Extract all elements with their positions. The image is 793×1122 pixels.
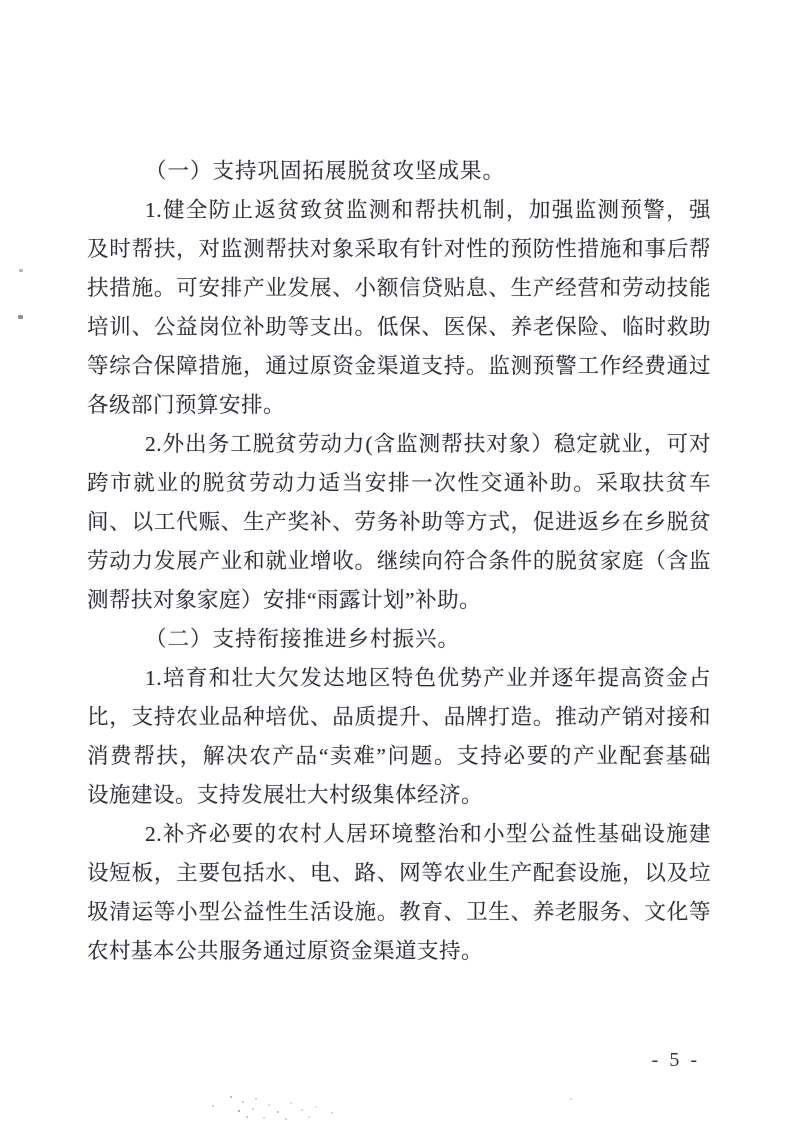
text-line: 等综合保障措施，通过原资金渠道支持。监测预警工作经费通过 [87, 347, 711, 386]
text-line: 1.培育和壮大欠发达地区特色优势产业并逐年提高资金占 [87, 659, 711, 698]
section-heading: （二）支持衔接推进乡村振兴。 [87, 620, 711, 659]
page-number: - 5 - [652, 1049, 700, 1072]
text-line: 跨市就业的脱贫劳动力适当安排一次性交通补助。采取扶贫车 [87, 464, 711, 503]
document-body: （一）支持巩固拓展脱贫攻坚成果。1.健全防止返贫致贫监测和帮扶机制，加强监测预警… [87, 152, 711, 971]
text-line: 2.补齐必要的农村人居环境整治和小型公益性基础设施建 [87, 815, 711, 854]
text-line: 设短板，主要包括水、电、路、网等农业生产配套设施，以及垃 [87, 854, 711, 893]
text-line: 劳动力发展产业和就业增收。继续向符合条件的脱贫家庭（含监 [87, 542, 711, 581]
section-heading: （一）支持巩固拓展脱贫攻坚成果。 [87, 152, 711, 191]
text-line: 及时帮扶，对监测帮扶对象采取有针对性的预防性措施和事后帮 [87, 230, 711, 269]
text-line: 培训、公益岗位补助等支出。低保、医保、养老保险、临时救助 [87, 308, 711, 347]
text-line: 圾清运等小型公益性生活设施。教育、卫生、养老服务、文化等 [87, 893, 711, 932]
scan-artifact-dot [19, 269, 23, 272]
text-line: 测帮扶对象家庭）安排“雨露计划”补助。 [87, 581, 711, 620]
scan-artifact-dot [18, 315, 23, 319]
text-line: 1.健全防止返贫致贫监测和帮扶机制，加强监测预警，强化 [87, 191, 711, 230]
text-line: 2.外出务工脱贫劳动力(含监测帮扶对象）稳定就业，可对 [87, 425, 711, 464]
text-line: 间、以工代赈、生产奖补、劳务补助等方式，促进返乡在乡脱贫 [87, 503, 711, 542]
text-line: 扶措施。可安排产业发展、小额信贷贴息、生产经营和劳动技能 [87, 269, 711, 308]
text-line: 消费帮扶，解决农产品“卖难”问题。支持必要的产业配套基础 [87, 737, 711, 776]
text-line: 比，支持农业品种培优、品质提升、品牌打造。推动产销对接和 [87, 698, 711, 737]
text-line: 各级部门预算安排。 [87, 386, 711, 425]
document-page: （一）支持巩固拓展脱贫攻坚成果。1.健全防止返贫致贫监测和帮扶机制，加强监测预警… [0, 0, 793, 1122]
scan-artifact-speckles [230, 1096, 232, 1098]
text-line: 设施建设。支持发展壮大村级集体经济。 [87, 776, 711, 815]
text-line: 农村基本公共服务通过原资金渠道支持。 [87, 932, 711, 971]
